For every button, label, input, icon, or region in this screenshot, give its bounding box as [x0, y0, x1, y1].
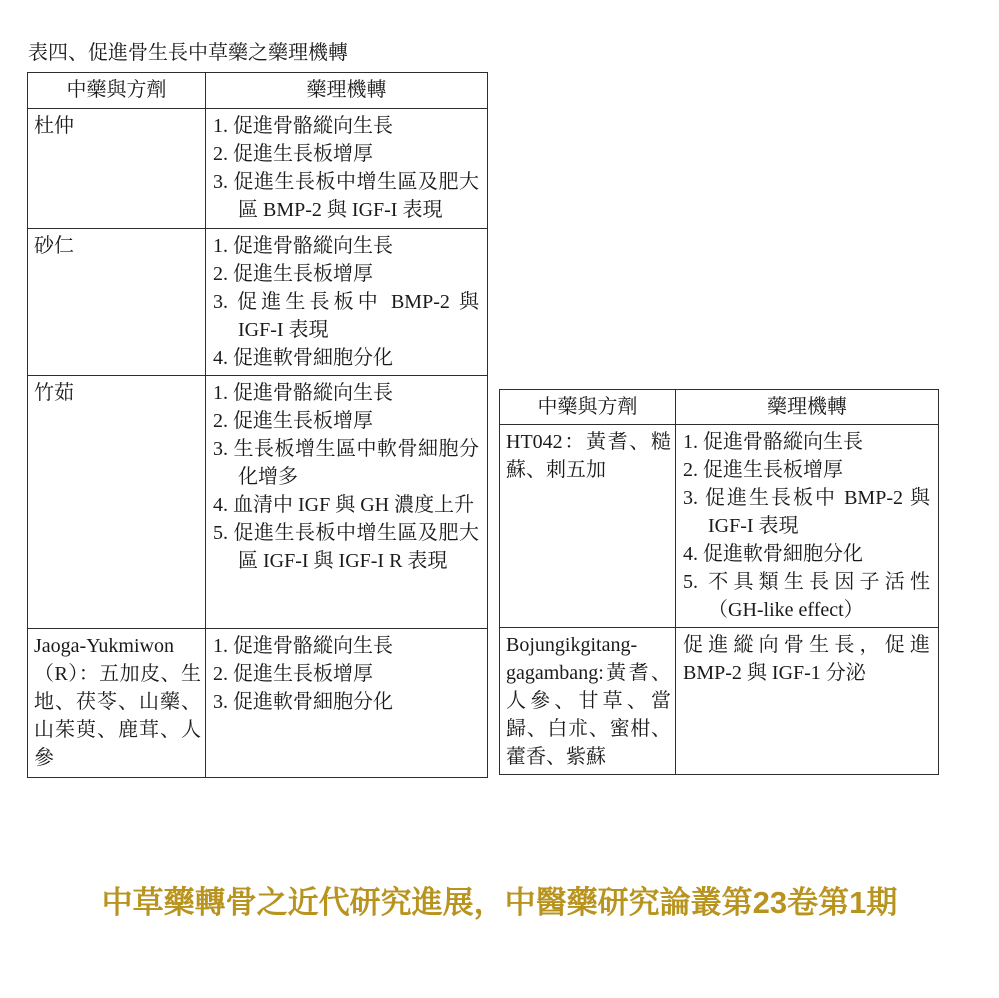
mechanism-item: 4. 促進軟骨細胞分化 — [683, 540, 930, 568]
mechanism-item: 1. 促進骨骼縱向生長 — [683, 428, 930, 456]
herb-name-cell: Bojungikgitang-gagambang:黃耆、人參、甘草、當歸、白朮、… — [500, 628, 676, 775]
mechanism-item: 5. 不具類生長因子活性（GH-like effect） — [683, 568, 930, 624]
table-title: 表四、促進骨生長中草藥之藥理機轉 — [28, 41, 348, 65]
mechanism-item: 3. 生長板增生區中軟骨細胞分化增多 — [213, 435, 479, 491]
mechanism-item: 3. 促進生長板中增生區及肥大區 BMP-2 與 IGF-I 表現 — [213, 168, 479, 224]
mechanism-item: 1. 促進骨骼縱向生長 — [213, 112, 479, 140]
mechanism-item: 4. 血清中 IGF 與 GH 濃度上升 — [213, 491, 479, 519]
column-header-mechanism: 藥理機轉 — [676, 390, 939, 425]
mechanism-item: 5. 促進生長板中增生區及肥大區 IGF-I 與 IGF-I R 表現 — [213, 519, 479, 575]
table-header-row: 中藥與方劑 藥理機轉 — [28, 73, 488, 109]
table-row: HT042：黃耆、糙蘇、刺五加 1. 促進骨骼縱向生長 2. 促進生長板增厚 3… — [500, 425, 939, 628]
table-row: 竹茹 1. 促進骨骼縱向生長 2. 促進生長板增厚 3. 生長板增生區中軟骨細胞… — [28, 376, 488, 629]
herb-name-cell: 杜仲 — [28, 109, 206, 229]
herb-name-cell: HT042：黃耆、糙蘇、刺五加 — [500, 425, 676, 628]
mechanism-item: 2. 促進生長板增厚 — [213, 260, 479, 288]
mechanism-item: 4. 促進軟骨細胞分化 — [213, 344, 479, 372]
mechanism-text: 促進縱向骨生長，促進 BMP-2 與 IGF-1 分泌 — [683, 631, 930, 687]
mechanism-item: 1. 促進骨骼縱向生長 — [213, 632, 479, 660]
column-header-herb: 中藥與方劑 — [500, 390, 676, 425]
table-row: Jaoga-Yukmiwon（R）：五加皮、生地、茯苓、山藥、山茱萸、鹿茸、人參… — [28, 629, 488, 778]
herb-table-left: 中藥與方劑 藥理機轉 杜仲 1. 促進骨骼縱向生長 2. 促進生長板增厚 3. … — [27, 72, 488, 778]
herb-name-cell: 砂仁 — [28, 229, 206, 376]
mechanism-list: 1. 促進骨骼縱向生長 2. 促進生長板增厚 3. 促進生長板中 BMP-2 與… — [206, 229, 488, 376]
mechanism-item: 2. 促進生長板增厚 — [683, 456, 930, 484]
mechanism-list: 促進縱向骨生長，促進 BMP-2 與 IGF-1 分泌 — [676, 628, 939, 775]
mechanism-item: 1. 促進骨骼縱向生長 — [213, 232, 479, 260]
mechanism-list: 1. 促進骨骼縱向生長 2. 促進生長板增厚 3. 促進軟骨細胞分化 — [206, 629, 488, 778]
herb-table-right: 中藥與方劑 藥理機轉 HT042：黃耆、糙蘇、刺五加 1. 促進骨骼縱向生長 2… — [499, 389, 939, 775]
mechanism-item: 2. 促進生長板增厚 — [213, 407, 479, 435]
mechanism-list: 1. 促進骨骼縱向生長 2. 促進生長板增厚 3. 生長板增生區中軟骨細胞分化增… — [206, 376, 488, 629]
table-row: Bojungikgitang-gagambang:黃耆、人參、甘草、當歸、白朮、… — [500, 628, 939, 775]
table-row: 砂仁 1. 促進骨骼縱向生長 2. 促進生長板增厚 3. 促進生長板中 BMP-… — [28, 229, 488, 376]
herb-name-cell: Jaoga-Yukmiwon（R）：五加皮、生地、茯苓、山藥、山茱萸、鹿茸、人參 — [28, 629, 206, 778]
mechanism-item: 2. 促進生長板增厚 — [213, 140, 479, 168]
mechanism-item: 1. 促進骨骼縱向生長 — [213, 379, 479, 407]
mechanism-item: 3. 促進生長板中 BMP-2 與 IGF-I 表現 — [683, 484, 930, 540]
column-header-mechanism: 藥理機轉 — [206, 73, 488, 109]
mechanism-list: 1. 促進骨骼縱向生長 2. 促進生長板增厚 3. 促進生長板中 BMP-2 與… — [676, 425, 939, 628]
table-header-row: 中藥與方劑 藥理機轉 — [500, 390, 939, 425]
source-caption: 中草藥轉骨之近代研究進展，中醫藥研究論叢第23卷第1期 — [0, 884, 999, 922]
mechanism-item: 3. 促進軟骨細胞分化 — [213, 688, 479, 716]
column-header-herb: 中藥與方劑 — [28, 73, 206, 109]
mechanism-item: 3. 促進生長板中 BMP-2 與 IGF-I 表現 — [213, 288, 479, 344]
mechanism-list: 1. 促進骨骼縱向生長 2. 促進生長板增厚 3. 促進生長板中增生區及肥大區 … — [206, 109, 488, 229]
table-row: 杜仲 1. 促進骨骼縱向生長 2. 促進生長板增厚 3. 促進生長板中增生區及肥… — [28, 109, 488, 229]
mechanism-item: 2. 促進生長板增厚 — [213, 660, 479, 688]
herb-name-cell: 竹茹 — [28, 376, 206, 629]
